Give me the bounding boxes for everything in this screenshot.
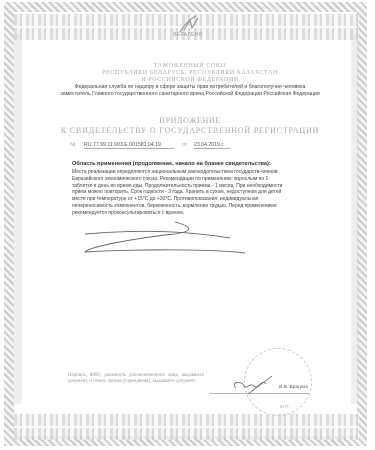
- document-subtitle: К СВИДЕТЕЛЬСТВУ О ГОСУДАРСТВЕННОЙ РЕГИСТ…: [40, 126, 340, 135]
- stamp-mark: М.П.: [280, 404, 290, 409]
- signature-label: Подпись, ФИО, должность уполномоченного …: [68, 373, 204, 386]
- header-line-1: ТАМОЖЕННЫЙ СОЮЗ: [40, 63, 340, 69]
- logo-text: ВЕРАЛЕНО: [162, 32, 214, 38]
- scope-body: Места реализации определяются национальн…: [72, 169, 286, 217]
- header-line-2: РЕСПУБЛИКИ БЕЛАРУСЬ, РЕСПУБЛИКИ КАЗАХСТА…: [40, 70, 340, 76]
- header-line-3: И РОССИЙСКОЙ ФЕДЕРАЦИИ: [40, 77, 340, 83]
- decorative-band-bottom-1: [14, 414, 359, 426]
- issuing-agency: Федеральная служба по надзору в сфере за…: [60, 84, 320, 98]
- registration-date: 23.04.2019 г.: [194, 142, 230, 149]
- registration-number: RU.77.99.11.003.E.001581.04.19: [84, 142, 174, 149]
- strike-through-signature-icon: [80, 220, 260, 260]
- signer-name: И.В. Брагина: [279, 385, 308, 390]
- decorative-band-bottom-2: [14, 428, 359, 440]
- scope-title: Область применения (продолжение, начало …: [72, 161, 271, 167]
- from-label: от: [182, 142, 187, 148]
- number-sign: №: [70, 142, 76, 148]
- document-title: ПРИЛОЖЕНИЕ: [40, 116, 340, 125]
